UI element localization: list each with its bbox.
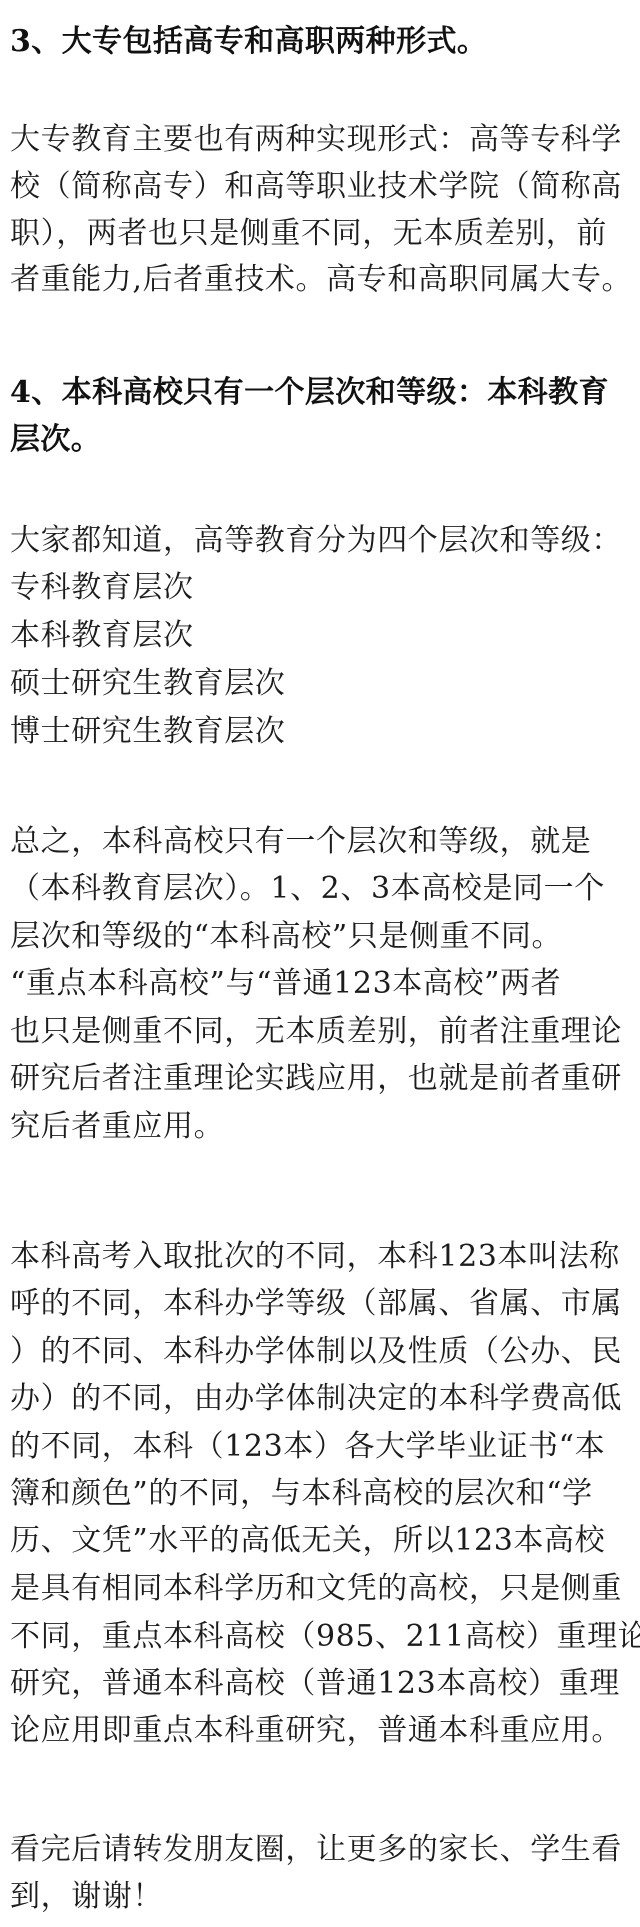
paragraph-line: 研究后者注重理论实践应用，也就是前者重研 [10,1059,635,1099]
paragraph-line: 呼的不同，本科办学等级（部属、省属、市属 [10,1284,635,1324]
paragraph-line: （本科教育层次）。1、2、3本高校是同一个 [10,869,635,909]
paragraph-line: 不同，重点本科高校（985、211高校）重理论 [10,1617,635,1657]
paragraph-line: 到，谢谢！ [10,1877,635,1917]
list-item: 硕士研究生教育层次 [10,664,635,704]
paragraph-line: 的不同，本科（123本）各大学毕业证书“本 [10,1427,635,1467]
paragraph-line: 研究，普通本科高校（普通123本高校）重理 [10,1664,635,1704]
paragraph-line: 办）的不同，由办学体制决定的本科学费高低 [10,1379,635,1419]
paragraph-line: ）的不同、本科办学体制以及性质（公办、民 [10,1332,635,1372]
heading-line: 3、大专包括高专和高职两种形式。 [10,22,635,62]
paragraph-line: 是具有相同本科学历和文凭的高校，只是侧重 [10,1569,635,1609]
paragraph-line: 大家都知道，高等教育分为四个层次和等级： [10,521,635,561]
paragraph-line: 究后者重应用。 [10,1107,635,1147]
paragraph-line: 本科高考入取批次的不同，本科123本叫法称 [10,1237,635,1277]
paragraph-line: 论应用即重点本科重研究，普通本科重应用。 [10,1711,635,1751]
paragraph-line: 也只是侧重不同，无本质差别，前者注重理论 [10,1012,635,1052]
paragraph-line: 层次和等级的“本科高校”只是侧重不同。 [10,917,635,957]
paragraph-line: 者重能力,后者重技术。高专和高职同属大专。 [10,260,635,300]
list-item: 本科教育层次 [10,616,635,656]
paragraph-line: 簿和颜色”的不同，与本科高校的层次和“学 [10,1474,635,1514]
article: 3、大专包括高专和高职两种形式。 大专教育主要也有两种实现形式：高等专科学 校（… [0,0,640,1927]
list-item: 专科教育层次 [10,568,635,608]
list-item: 博士研究生教育层次 [10,712,635,752]
heading-line: 4、本科高校只有一个层次和等级：本科教育 [10,373,635,413]
paragraph-line: 大专教育主要也有两种实现形式：高等专科学 [10,120,635,160]
paragraph-line: 看完后请转发朋友圈，让更多的家长、学生看 [10,1830,635,1870]
heading-line: 层次。 [10,420,635,460]
paragraph-line: 校（简称高专）和高等职业技术学院（简称高 [10,167,635,207]
paragraph-line: 历、文凭”水平的高低无关，所以123本高校 [10,1521,635,1561]
paragraph-line: “重点本科高校”与“普通123本高校”两者 [10,964,635,1004]
paragraph-line: 职），两者也只是侧重不同，无本质差别，前 [10,214,635,254]
paragraph-line: 总之，本科高校只有一个层次和等级，就是 [10,822,635,862]
